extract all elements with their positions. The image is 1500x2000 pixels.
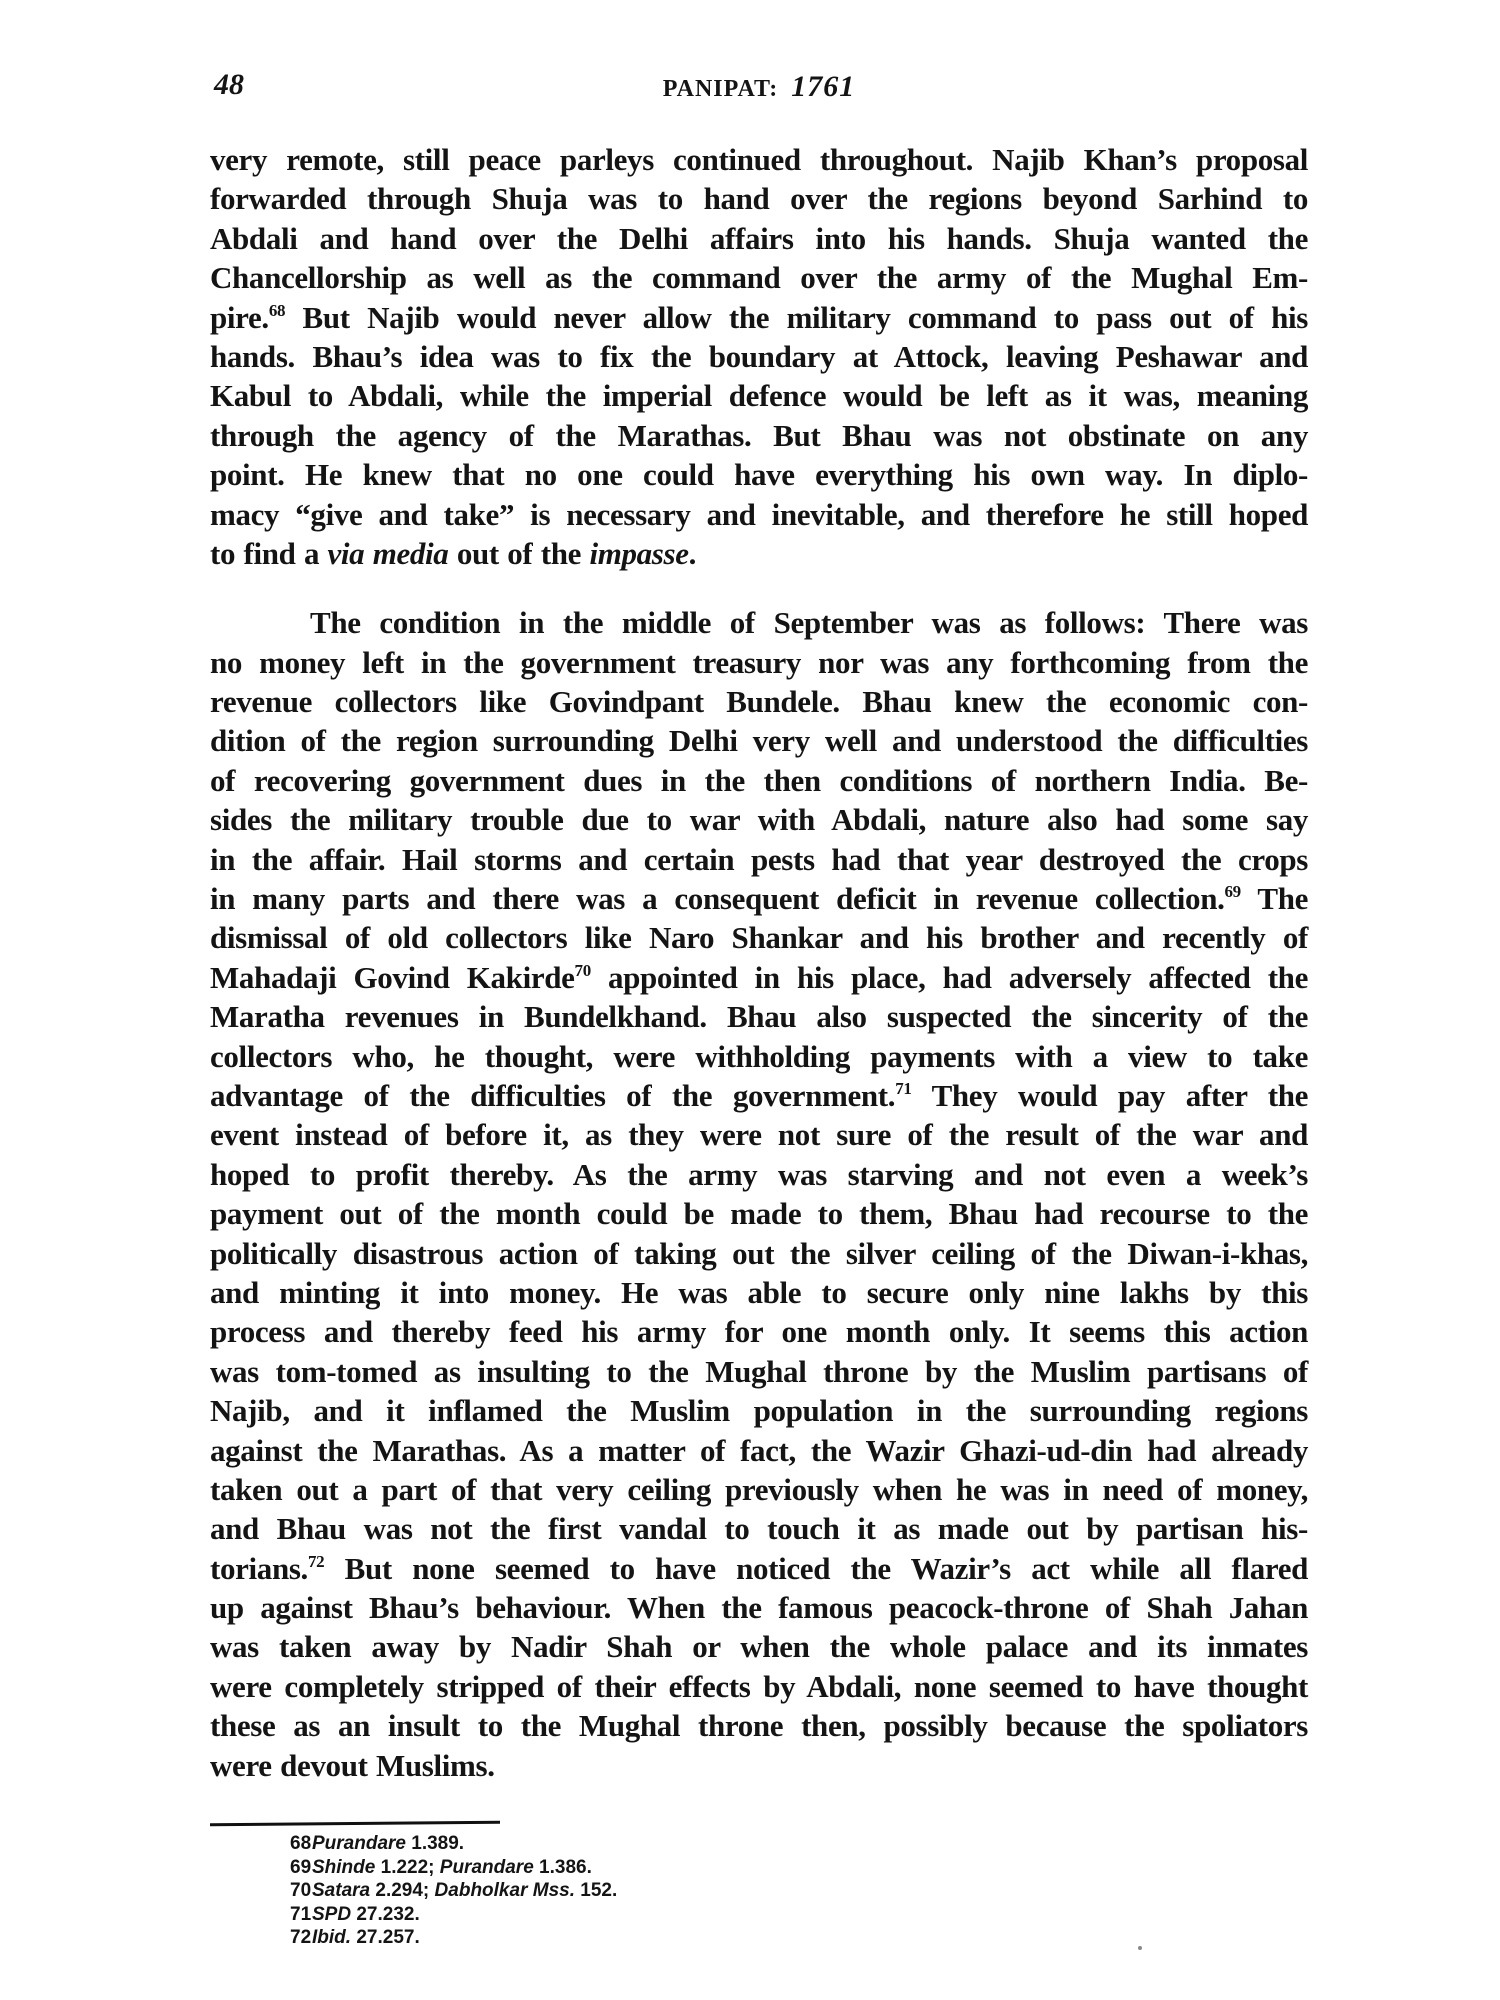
text-line: and minting it into money. He was able t…: [210, 1273, 1308, 1312]
footnote-number: 72: [290, 1926, 312, 1950]
text-line: were devout Muslims.: [210, 1746, 1308, 1785]
text-line: collectors who, he thought, were withhol…: [210, 1037, 1308, 1076]
running-title: PANIPAT: 1761: [214, 70, 1304, 104]
italic-phrase: via media: [328, 536, 449, 571]
footnote-marker: 68: [269, 301, 285, 320]
footnote-divider: [210, 1821, 500, 1827]
text-line: taken out a part of that very ceiling pr…: [210, 1470, 1308, 1509]
text-line: was tom-tomed as insulting to the Mughal…: [210, 1352, 1308, 1391]
book-year: 1761: [791, 70, 855, 103]
text-line: Chancellorship as well as the command ov…: [210, 258, 1308, 297]
text-line: these as an insult to the Mughal throne …: [210, 1706, 1308, 1745]
text-line: pire.68 But Najib would never allow the …: [210, 298, 1308, 337]
text-line: Kabul to Abdali, while the imperial defe…: [210, 376, 1308, 415]
footnote-marker: 70: [575, 961, 591, 980]
italic-phrase: impasse: [589, 536, 688, 571]
text-line: hands. Bhau’s idea was to fix the bounda…: [210, 337, 1308, 376]
text-line: very remote, still peace parleys continu…: [210, 140, 1308, 179]
text-line: up against Bhau’s behaviour. When the fa…: [210, 1588, 1308, 1627]
text-line: payment out of the month could be made t…: [210, 1194, 1308, 1233]
text-line: dition of the region surrounding Delhi v…: [210, 721, 1308, 760]
footnote-source: SPD: [312, 1904, 351, 1925]
body-text: very remote, still peace parleys continu…: [210, 140, 1308, 1785]
footnote-item: 69 Shinde 1.222; Purandare 1.386.: [290, 1856, 990, 1880]
text-line: no money left in the government treasury…: [210, 643, 1308, 682]
footnote-source: Ibid.: [312, 1927, 351, 1948]
text-line: The condition in the middle of September…: [210, 603, 1308, 642]
running-head: 48 PANIPAT: 1761: [214, 68, 1304, 108]
text-line: torians.72 But none seemed to have notic…: [210, 1549, 1308, 1588]
text-line: process and thereby feed his army for on…: [210, 1312, 1308, 1351]
footnote-marker: 69: [1225, 882, 1241, 901]
footnote-number: 71: [290, 1903, 312, 1927]
footnote-source: Purandare: [440, 1857, 534, 1878]
footnote-item: 70 Satara 2.294; Dabholkar Mss. 152.: [290, 1879, 990, 1903]
footnote-marker: 71: [895, 1079, 911, 1098]
text-line: to find a via media out of the impasse.: [210, 534, 1308, 573]
scan-speck: [1138, 1946, 1142, 1950]
text-line: and Bhau was not the first vandal to tou…: [210, 1509, 1308, 1548]
paragraph: very remote, still peace parleys continu…: [210, 140, 1308, 573]
footnote-number: 68: [290, 1832, 312, 1856]
text-line: politically disastrous action of taking …: [210, 1234, 1308, 1273]
text-line: event instead of before it, as they were…: [210, 1115, 1308, 1154]
book-page: 48 PANIPAT: 1761 very remote, still peac…: [0, 0, 1500, 2000]
text-line: Najib, and it inflamed the Muslim popula…: [210, 1391, 1308, 1430]
text-line: sides the military trouble due to war wi…: [210, 800, 1308, 839]
text-line: macy “give and take” is necessary and in…: [210, 495, 1308, 534]
book-title: PANIPAT:: [663, 76, 779, 102]
text-line: point. He knew that no one could have ev…: [210, 455, 1308, 494]
text-line: advantage of the difficulties of the gov…: [210, 1076, 1308, 1115]
text-line: in the affair. Hail storms and certain p…: [210, 840, 1308, 879]
text-line: revenue collectors like Govindpant Bunde…: [210, 682, 1308, 721]
footnote-marker: 72: [308, 1552, 324, 1571]
paragraph: The condition in the middle of September…: [210, 603, 1308, 1785]
footnote-number: 69: [290, 1856, 312, 1880]
text-line: dismissal of old collectors like Naro Sh…: [210, 918, 1308, 957]
footnotes: 68 Purandare 1.389.69 Shinde 1.222; Pura…: [290, 1832, 990, 1950]
text-line: was taken away by Nadir Shah or when the…: [210, 1627, 1308, 1666]
text-line: against the Marathas. As a matter of fac…: [210, 1431, 1308, 1470]
text-line: in many parts and there was a consequent…: [210, 879, 1308, 918]
text-line: Maratha revenues in Bundelkhand. Bhau al…: [210, 997, 1308, 1036]
footnote-number: 70: [290, 1879, 312, 1903]
footnote-source: Purandare: [312, 1833, 406, 1854]
footnote-item: 72 Ibid. 27.257.: [290, 1926, 990, 1950]
text-line: Mahadaji Govind Kakirde70 appointed in h…: [210, 958, 1308, 997]
text-line: were completely stripped of their effect…: [210, 1667, 1308, 1706]
text-line: through the agency of the Marathas. But …: [210, 416, 1308, 455]
text-line: hoped to profit thereby. As the army was…: [210, 1155, 1308, 1194]
text-line: Abdali and hand over the Delhi affairs i…: [210, 219, 1308, 258]
text-line: forwarded through Shuja was to hand over…: [210, 179, 1308, 218]
footnote-source: Satara: [312, 1880, 370, 1901]
footnote-source: Shinde: [312, 1857, 375, 1878]
footnote-item: 71 SPD 27.232.: [290, 1903, 990, 1927]
footnote-source: Dabholkar Mss.: [435, 1880, 575, 1901]
footnote-item: 68 Purandare 1.389.: [290, 1832, 990, 1856]
text-line: of recovering government dues in the the…: [210, 761, 1308, 800]
